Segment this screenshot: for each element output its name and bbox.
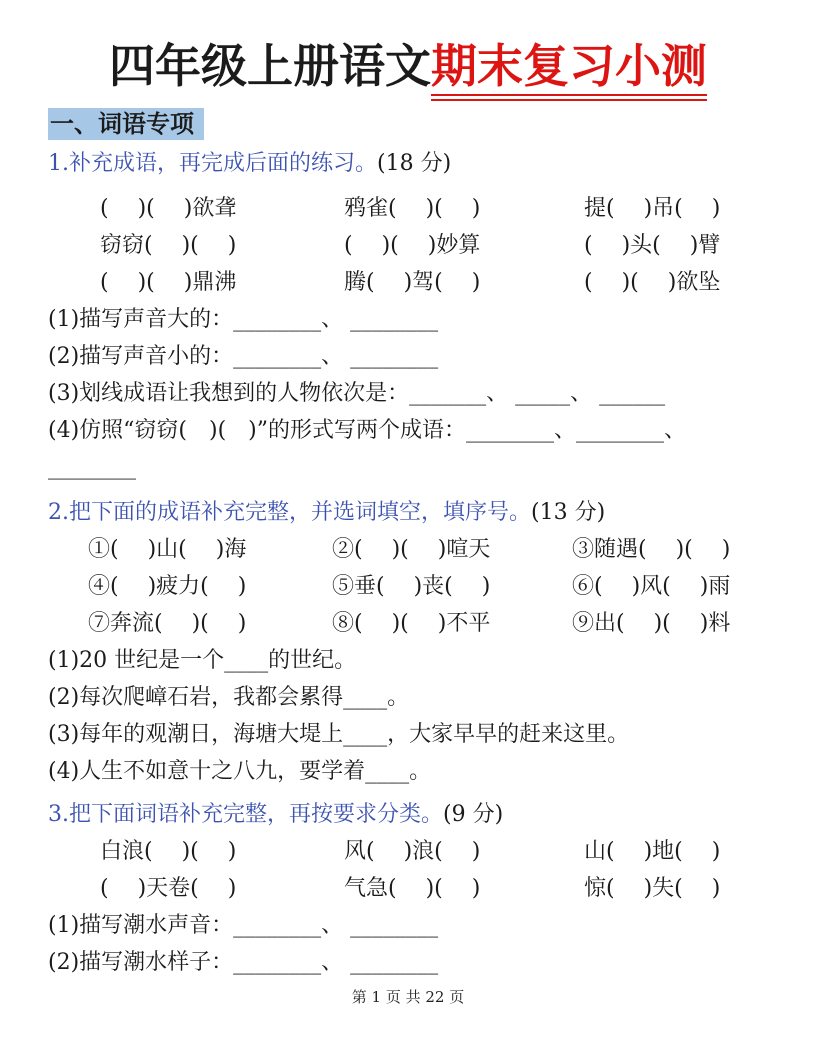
- idiom-item: ⑧( )( )不平: [332, 605, 572, 642]
- idiom-item: 鸦雀( )( ): [344, 190, 584, 227]
- idiom-item: ⑥( )风( )雨: [572, 568, 768, 605]
- idiom-item: ⑤垂( )丧( ): [332, 568, 572, 605]
- idiom-item: 白浪( )( ): [100, 833, 344, 870]
- question-3-heading-text: 3.把下面词语补充完整，再按要求分类。: [48, 802, 443, 827]
- question-2-heading-text: 2.把下面的成语补充完整，并选词填空，填序号。: [48, 500, 531, 525]
- idiom-item: ( )头( )臂: [584, 227, 768, 264]
- question-3-heading: 3.把下面词语补充完整，再按要求分类。(9 分): [48, 796, 768, 833]
- idiom-item: ⑨出( )( )料: [572, 605, 768, 642]
- sub-question: (2)描写声音小的：________、 ________: [48, 338, 768, 375]
- question-2-heading: 2.把下面的成语补充完整，并选词填空，填序号。(13 分): [48, 494, 768, 531]
- idiom-item: 风( )浪( ): [344, 833, 584, 870]
- sub-question: (1)描写声音大的：________、 ________: [48, 301, 768, 338]
- sub-question: (2)每次爬嶂石岩，我都会累得____。: [48, 679, 768, 716]
- idiom-item: ( )( )欲坠: [584, 264, 768, 301]
- idiom-row: ( )( )鼎沸 腾( )驾( ) ( )( )欲坠: [48, 264, 768, 301]
- idiom-row: ④( )疲力( ) ⑤垂( )丧( ) ⑥( )风( )雨: [48, 568, 768, 605]
- worksheet-page: 四年级上册语文期末复习小测 一、词语专项 1.补充成语，再完成后面的练习。(18…: [0, 0, 816, 1056]
- question-1-heading-text: 1.补充成语，再完成后面的练习。: [48, 151, 377, 176]
- section-header-row: 一、词语专项: [48, 108, 768, 145]
- idiom-item: ( )( )欲聋: [100, 190, 344, 227]
- sub-question: (1)描写潮水声音：________、 ________: [48, 907, 768, 944]
- idiom-item: 腾( )驾( ): [344, 264, 584, 301]
- question-2: 2.把下面的成语补充完整，并选词填空，填序号。(13 分) ①( )山( )海 …: [48, 494, 768, 790]
- page-number-footer: 第 1 页 共 22 页: [0, 986, 816, 1007]
- section-header: 一、词语专项: [48, 108, 204, 140]
- idiom-item: ( )( )妙算: [344, 227, 584, 264]
- sub-question-continuation: ________: [48, 449, 768, 486]
- idiom-item: 提( )吊( ): [584, 190, 768, 227]
- question-2-idiom-grid: ①( )山( )海 ②( )( )喧天 ③随遇( )( ) ④( )疲力( ) …: [48, 531, 768, 642]
- sub-question: (4)仿照“窃窃( )( )”的形式写两个成语：________、_______…: [48, 412, 768, 449]
- idiom-item: 窃窃( )( ): [100, 227, 344, 264]
- idiom-item: ③随遇( )( ): [572, 531, 768, 568]
- idiom-row: 窃窃( )( ) ( )( )妙算 ( )头( )臂: [48, 227, 768, 264]
- sub-question: (1)20 世纪是一个____的世纪。: [48, 642, 768, 679]
- idiom-row: ( )天卷( ) 气急( )( ) 惊( )失( ): [48, 870, 768, 907]
- question-3-score: (9 分): [443, 802, 503, 827]
- sub-question: (3)划线成语让我想到的人物依次是：_______、 _____、 ______: [48, 375, 768, 412]
- sub-question: (2)描写潮水样子：________、 ________: [48, 944, 768, 981]
- question-1-heading: 1.补充成语，再完成后面的练习。(18 分): [48, 145, 768, 182]
- page-title-red: 期末复习小测: [431, 39, 707, 101]
- page-title: 四年级上册语文期末复习小测: [48, 34, 768, 98]
- idiom-item: 气急( )( ): [344, 870, 584, 907]
- idiom-item: ( )天卷( ): [100, 870, 344, 907]
- idiom-item: 山( )地( ): [584, 833, 768, 870]
- question-1-score: (18 分): [377, 151, 451, 176]
- idiom-row: 白浪( )( ) 风( )浪( ) 山( )地( ): [48, 833, 768, 870]
- question-2-score: (13 分): [531, 500, 605, 525]
- idiom-item: ④( )疲力( ): [88, 568, 332, 605]
- page-title-black: 四年级上册语文: [109, 39, 431, 93]
- idiom-row: ⑦奔流( )( ) ⑧( )( )不平 ⑨出( )( )料: [48, 605, 768, 642]
- idiom-item: ( )( )鼎沸: [100, 264, 344, 301]
- idiom-item: 惊( )失( ): [584, 870, 768, 907]
- idiom-item: ①( )山( )海: [88, 531, 332, 568]
- idiom-item: ②( )( )喧天: [332, 531, 572, 568]
- idiom-row: ①( )山( )海 ②( )( )喧天 ③随遇( )( ): [48, 531, 768, 568]
- question-3-idiom-grid: 白浪( )( ) 风( )浪( ) 山( )地( ) ( )天卷( ) 气急( …: [48, 833, 768, 907]
- sub-question: (3)每年的观潮日，海塘大堤上____，大家早早的赶来这里。: [48, 716, 768, 753]
- idiom-item: ⑦奔流( )( ): [88, 605, 332, 642]
- idiom-row: ( )( )欲聋 鸦雀( )( ) 提( )吊( ): [48, 190, 768, 227]
- question-1: 1.补充成语，再完成后面的练习。(18 分) ( )( )欲聋 鸦雀( )( )…: [48, 145, 768, 486]
- question-1-idiom-grid: ( )( )欲聋 鸦雀( )( ) 提( )吊( ) 窃窃( )( ) ( )(…: [48, 190, 768, 301]
- question-3: 3.把下面词语补充完整，再按要求分类。(9 分) 白浪( )( ) 风( )浪(…: [48, 796, 768, 981]
- sub-question: (4)人生不如意十之八九，要学着____。: [48, 753, 768, 790]
